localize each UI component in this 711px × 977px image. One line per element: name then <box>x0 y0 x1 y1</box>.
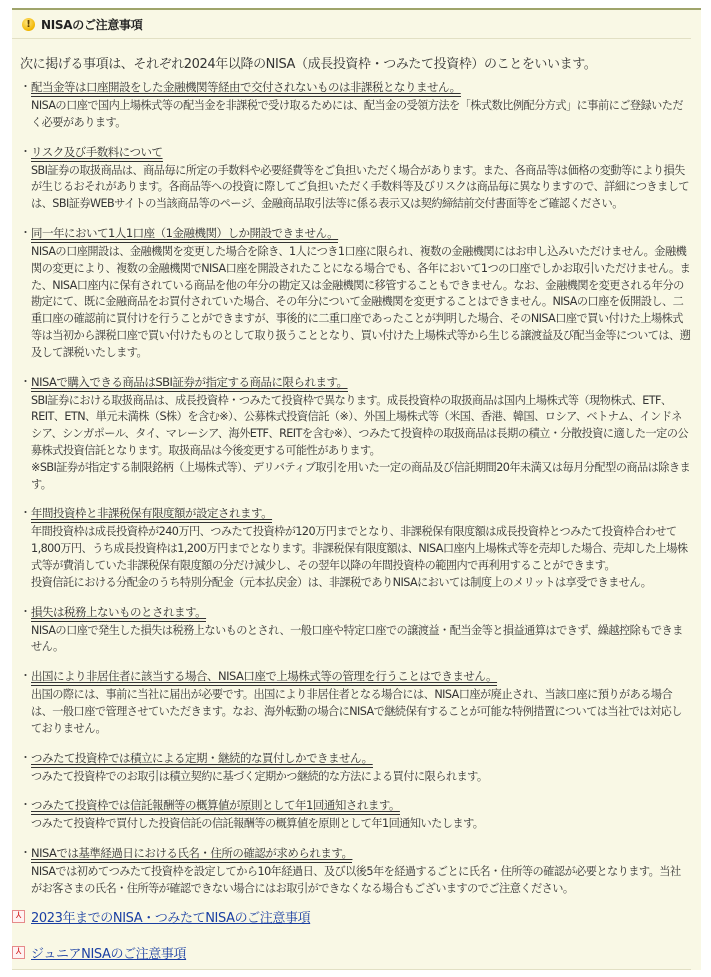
notice-paragraph: SBI証券の取扱商品は、商品毎に所定の手数料や必要経費等をご負担いただく場合があ… <box>31 163 691 213</box>
notice-paragraph: 出国の際には、事前に当社に届出が必要です。出国により非居住者となる場合には、NI… <box>31 687 691 737</box>
notice-paragraph: 年間投資枠は成長投資枠が240万円、つみたて投資枠が120万円までとなり、非課税… <box>31 524 691 574</box>
bullet-icon: ・ <box>20 749 31 765</box>
notice-heading: NISAでは基準経過日における氏名・住所の確認が求められます。 <box>31 845 352 863</box>
link-2023-nisa-notice[interactable]: 2023年までのNISA・つみたてNISAのご注意事項 <box>31 907 310 926</box>
notice-heading: リスク及び手数料について <box>31 144 163 162</box>
notice-heading: 損失は税務上ないものとされます。 <box>31 604 206 622</box>
notice-item: ・ 出国により非居住者に該当する場合、NISA口座で上場株式等の管理を行うことは… <box>20 665 691 737</box>
notice-item: ・ リスク及び手数料について SBI証券の取扱商品は、商品毎に所定の手数料や必要… <box>20 141 691 213</box>
notice-paragraph: NISAでは初めてつみたて投資枠を設定してから10年経過日、及び以後5年を経過す… <box>31 864 691 898</box>
notice-body: つみたて投資枠で買付した投資信託の信託報酬等の概算値を原則として年1回通知いたし… <box>31 816 691 833</box>
notice-paragraph: NISAの口座で国内上場株式等の配当金を非課税で受け取るためには、配当金の受領方… <box>31 98 691 132</box>
notice-item: ・ 配当金等は口座開設をした金融機関等経由で交付されないものは非課税となりません… <box>20 76 691 132</box>
bullet-icon: ・ <box>20 667 31 683</box>
notice-paragraph: つみたて投資枠でのお取引は積立契約に基づく定期かつ継続的な方法による買付に限られ… <box>31 769 691 786</box>
notice-body: 出国の際には、事前に当社に届出が必要です。出国により非居住者となる場合には、NI… <box>31 687 691 737</box>
warning-icon: ! <box>22 18 35 31</box>
notice-heading: 出国により非居住者に該当する場合、NISA口座で上場株式等の管理を行うことはでき… <box>31 668 497 686</box>
link-junior-nisa-notice[interactable]: ジュニアNISAのご注意事項 <box>31 943 186 962</box>
notice-heading: つみたて投資枠では信託報酬等の概算値が原則として年1回通知されます。 <box>31 797 400 815</box>
pdf-links: ⅄ 2023年までのNISA・つみたてNISAのご注意事項 ⅄ ジュニアNISA… <box>12 907 701 962</box>
notice-paragraph: NISAの口座で発生した損失は税務上ないものとされ、一般口座や特定口座での譲渡益… <box>31 623 691 657</box>
notice-body: つみたて投資枠でのお取引は積立契約に基づく定期かつ継続的な方法による買付に限られ… <box>31 769 691 786</box>
notice-heading: 配当金等は口座開設をした金融機関等経由で交付されないものは非課税となりません。 <box>31 79 461 97</box>
notice-footnote: ※SBI証券が指定する制限銘柄（上場株式等）、デリバティブ取引を用いた一定の商品… <box>31 460 691 494</box>
notice-paragraph: つみたて投資枠で買付した投資信託の信託報酬等の概算値を原則として年1回通知いたし… <box>31 816 691 833</box>
pdf-link-2023-nisa[interactable]: ⅄ 2023年までのNISA・つみたてNISAのご注意事項 <box>12 907 701 926</box>
intro-text: 次に掲げる事項は、それぞれ2024年以降のNISA（成長投資枠・つみたて投資枠）… <box>20 53 701 72</box>
notice-item: ・ つみたて投資枠では積立による定期・継続的な買付しかできません。 つみたて投資… <box>20 747 691 786</box>
panel-title: NISAのご注意事項 <box>41 16 142 33</box>
bullet-icon: ・ <box>20 844 31 860</box>
notice-body: NISAの口座で国内上場株式等の配当金を非課税で受け取るためには、配当金の受領方… <box>31 98 691 132</box>
notice-item: ・ NISAでは基準経過日における氏名・住所の確認が求められます。 NISAでは… <box>20 842 691 898</box>
notice-item: ・ つみたて投資枠では信託報酬等の概算値が原則として年1回通知されます。 つみた… <box>20 794 691 833</box>
notice-body: SBI証券における取扱商品は、成長投資枠・つみたて投資枠で異なります。成長投資枠… <box>31 393 691 494</box>
notice-list: ・ 配当金等は口座開設をした金融機関等経由で交付されないものは非課税となりません… <box>12 76 701 898</box>
notice-item: ・ 同一年において1人1口座（1金融機関）しか開設できません。 NISAの口座開… <box>20 222 691 362</box>
pdf-icon: ⅄ <box>12 910 25 923</box>
notice-paragraph: SBI証券における取扱商品は、成長投資枠・つみたて投資枠で異なります。成長投資枠… <box>31 393 691 460</box>
bullet-icon: ・ <box>20 603 31 619</box>
bottom-divider <box>12 969 691 970</box>
bullet-icon: ・ <box>20 224 31 240</box>
notice-heading: 同一年において1人1口座（1金融機関）しか開設できません。 <box>31 225 338 243</box>
notice-paragraph: 投資信託における分配金のうち特別分配金（元本払戻金）は、非課税でありNISAにお… <box>31 575 691 592</box>
notice-paragraph: NISAの口座開設は、金融機関を変更した場合を除き、1人につき1口座に限られ、複… <box>31 244 691 362</box>
pdf-icon: ⅄ <box>12 946 25 959</box>
notice-heading: つみたて投資枠では積立による定期・継続的な買付しかできません。 <box>31 750 373 768</box>
notice-body: SBI証券の取扱商品は、商品毎に所定の手数料や必要経費等をご負担いただく場合があ… <box>31 163 691 213</box>
notice-body: NISAでは初めてつみたて投資枠を設定してから10年経過日、及び以後5年を経過す… <box>31 864 691 898</box>
notice-item: ・ 損失は税務上ないものとされます。 NISAの口座で発生した損失は税務上ないも… <box>20 601 691 657</box>
panel-header: ! NISAのご注意事項 <box>12 10 691 39</box>
pdf-link-junior-nisa[interactable]: ⅄ ジュニアNISAのご注意事項 <box>12 943 701 962</box>
bullet-icon: ・ <box>20 78 31 94</box>
notice-body: NISAの口座で発生した損失は税務上ないものとされ、一般口座や特定口座での譲渡益… <box>31 623 691 657</box>
bullet-icon: ・ <box>20 796 31 812</box>
notice-item: ・ 年間投資枠と非課税保有限度額が設定されます。 年間投資枠は成長投資枠が240… <box>20 502 691 591</box>
notice-body: NISAの口座開設は、金融機関を変更した場合を除き、1人につき1口座に限られ、複… <box>31 244 691 362</box>
bullet-icon: ・ <box>20 143 31 159</box>
notice-heading: NISAで購入できる商品はSBI証券が指定する商品に限られます。 <box>31 374 348 392</box>
notice-item: ・ NISAで購入できる商品はSBI証券が指定する商品に限られます。 SBI証券… <box>20 371 691 494</box>
bullet-icon: ・ <box>20 373 31 389</box>
bullet-icon: ・ <box>20 504 31 520</box>
notice-body: 年間投資枠は成長投資枠が240万円、つみたて投資枠が120万円までとなり、非課税… <box>31 524 691 591</box>
notice-heading: 年間投資枠と非課税保有限度額が設定されます。 <box>31 505 272 523</box>
nisa-notice-panel: ! NISAのご注意事項 次に掲げる事項は、それぞれ2024年以降のNISA（成… <box>12 8 701 970</box>
